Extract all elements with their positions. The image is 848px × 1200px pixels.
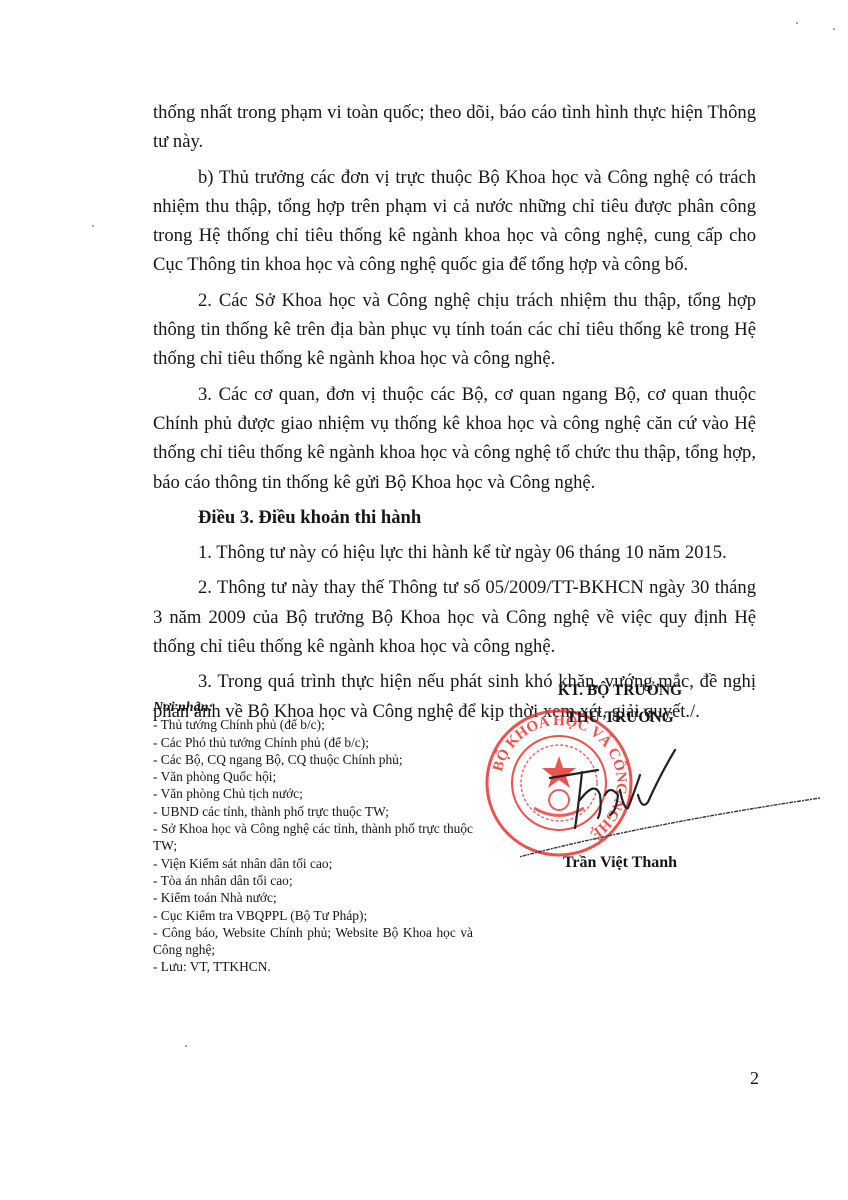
scan-speck xyxy=(690,245,692,247)
recipient-item: - Lưu: VT, TTKHCN. xyxy=(153,958,473,975)
signature-title-1: KT. BỘ TRƯỞNG xyxy=(500,682,740,700)
document-body: thống nhất trong phạm vi toàn quốc; theo… xyxy=(153,98,756,732)
recipient-item: - Văn phòng Quốc hội; xyxy=(153,768,473,785)
paragraph-3: 3. Các cơ quan, đơn vị thuộc các Bộ, cơ … xyxy=(153,380,756,497)
page-number: 2 xyxy=(750,1068,759,1089)
signature-title-2: THỨ TRƯỞNG xyxy=(500,709,740,727)
scan-speck xyxy=(185,1045,187,1047)
article-3-clause-2: 2. Thông tư này thay thế Thông tư số 05/… xyxy=(153,573,756,661)
recipient-item: - Văn phòng Chủ tịch nước; xyxy=(153,785,473,802)
recipient-item: - Tòa án nhân dân tối cao; xyxy=(153,872,473,889)
recipients-title: Nơi nhận: xyxy=(153,699,473,716)
paragraph-continuation: thống nhất trong phạm vi toàn quốc; theo… xyxy=(153,98,756,157)
article-3-clause-1: 1. Thông tư này có hiệu lực thi hành kể … xyxy=(153,538,756,567)
recipient-item: - Các Bộ, CQ ngang Bộ, CQ thuộc Chính ph… xyxy=(153,751,473,768)
scan-speck xyxy=(796,22,798,24)
recipient-item: - Viện Kiểm sát nhân dân tối cao; xyxy=(153,855,473,872)
article-3-heading: Điều 3. Điều khoản thi hành xyxy=(153,503,756,532)
scan-speck xyxy=(92,225,94,227)
paragraph-2: 2. Các Sở Khoa học và Công nghệ chịu trá… xyxy=(153,286,756,374)
handwritten-signature-icon xyxy=(520,740,820,860)
recipient-item: - Kiểm toán Nhà nước; xyxy=(153,889,473,906)
recipient-item: - UBND các tỉnh, thành phố trực thuộc TW… xyxy=(153,803,473,820)
recipient-item: - Công báo, Website Chính phủ; Website B… xyxy=(153,924,473,959)
recipient-item: - Thủ tướng Chính phủ (để b/c); xyxy=(153,716,473,733)
signatory-name: Trần Việt Thanh xyxy=(500,854,740,872)
recipients-block: Nơi nhận: - Thủ tướng Chính phủ (để b/c)… xyxy=(153,699,473,976)
recipient-item: - Sở Khoa học và Công nghệ các tỉnh, thà… xyxy=(153,820,473,855)
paragraph-b: b) Thủ trưởng các đơn vị trực thuộc Bộ K… xyxy=(153,163,756,280)
scan-speck xyxy=(833,28,835,30)
recipient-item: - Các Phó thủ tướng Chính phủ (để b/c); xyxy=(153,734,473,751)
recipient-item: - Cục Kiểm tra VBQPPL (Bộ Tư Pháp); xyxy=(153,907,473,924)
